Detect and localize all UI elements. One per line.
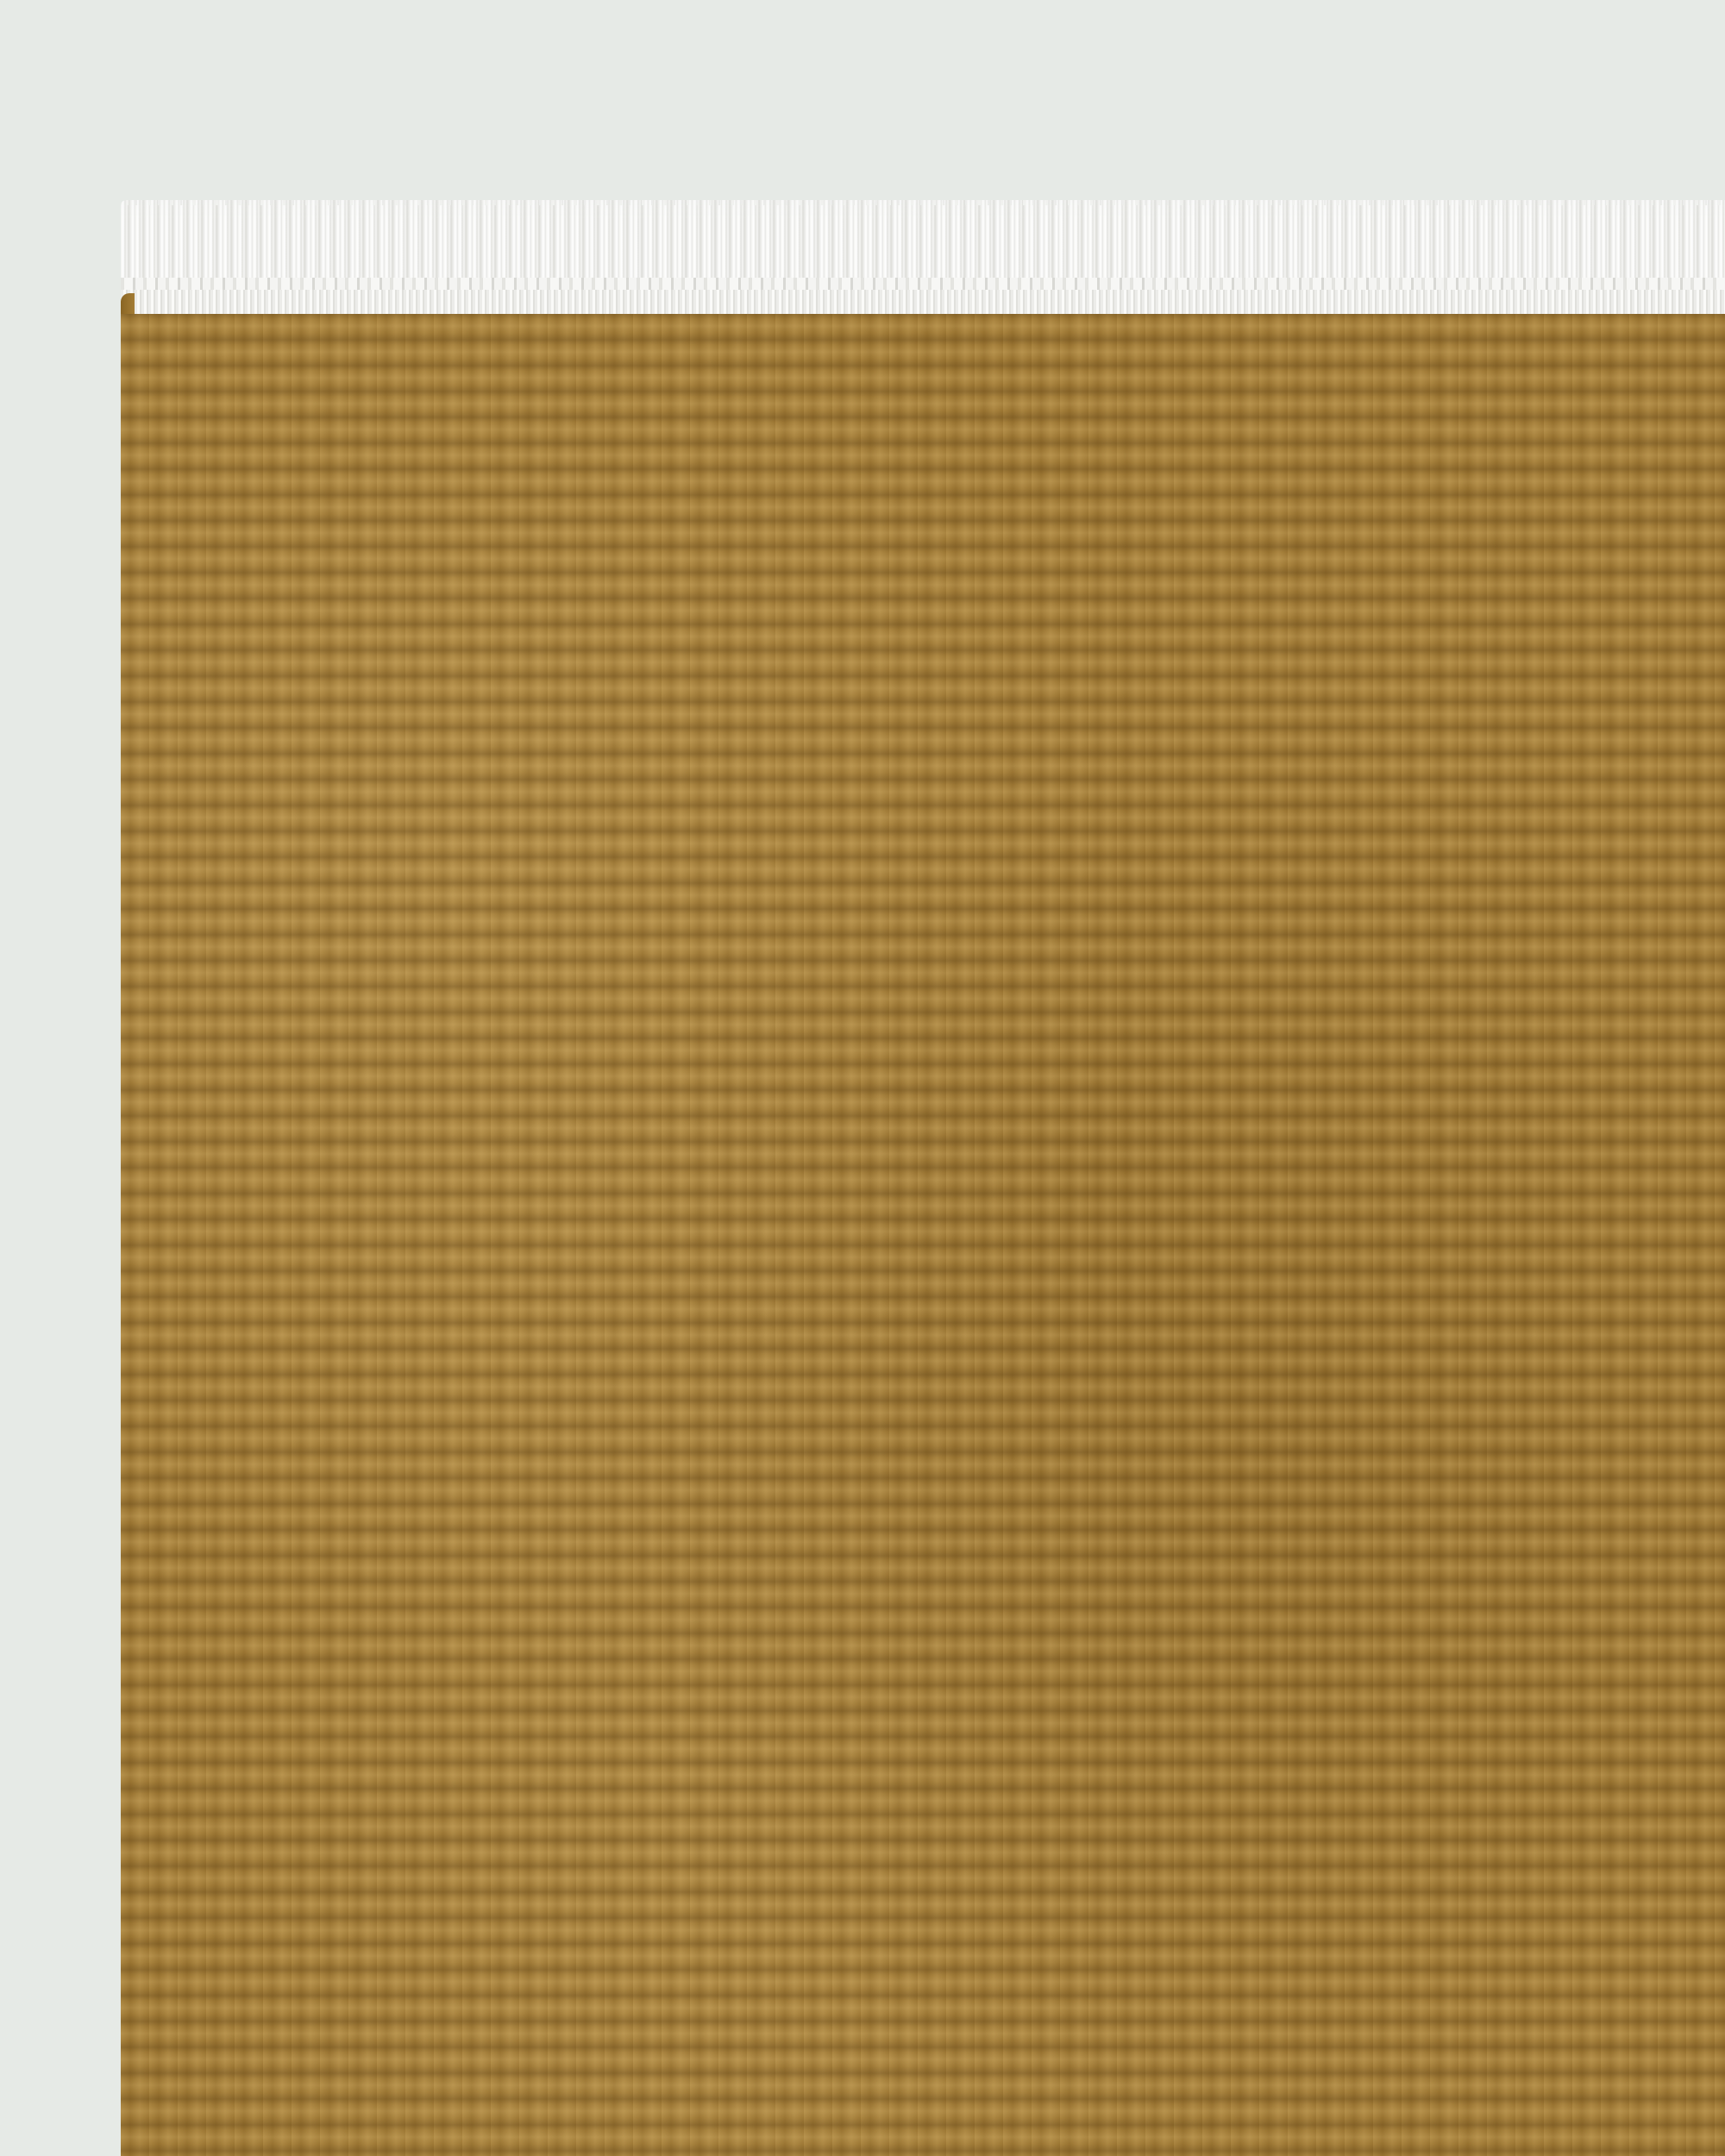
fringe-tassels [121, 200, 1725, 282]
rug-body [121, 314, 1725, 2156]
fringe-knots [121, 278, 1725, 290]
fringe-woven-band [121, 290, 1725, 317]
rug-fringe [121, 200, 1725, 317]
product-photo [0, 0, 1725, 2156]
